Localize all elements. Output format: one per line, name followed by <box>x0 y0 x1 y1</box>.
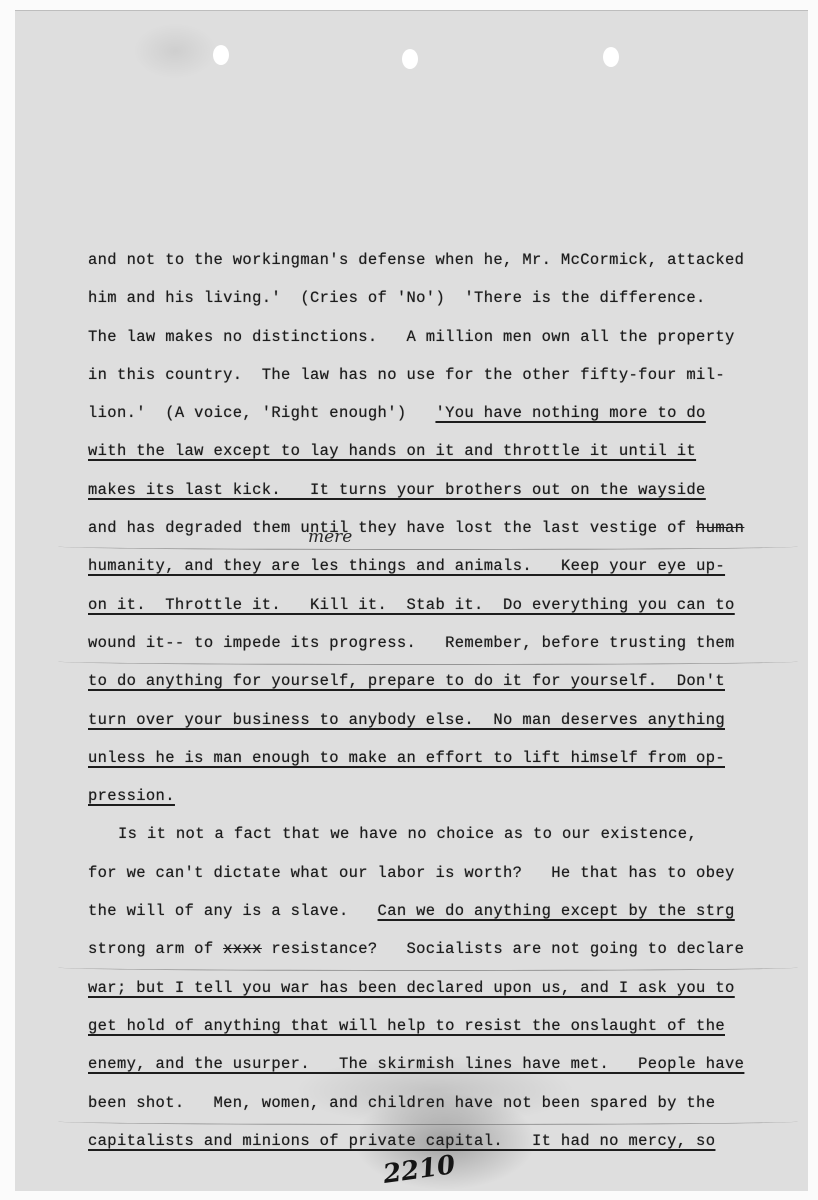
struck-text: human <box>696 519 744 537</box>
underlined-text: unless he is man enough to make an effor… <box>88 749 725 767</box>
underlined-text: capitalists and minions of private capit… <box>88 1132 715 1150</box>
underlined-text: turn over your business to anybody else.… <box>88 711 725 729</box>
text-line: to do anything for yourself, prepare to … <box>88 666 778 704</box>
underlined-text: humanity, and they are <box>88 557 310 575</box>
text-segment: strong arm of <box>88 940 223 958</box>
text-line: wound it-- to impede its progress. Remem… <box>88 628 778 666</box>
text-line: war; but I tell you war has been declare… <box>88 973 778 1011</box>
text-line: been shot. Men, women, and children have… <box>88 1088 778 1126</box>
text-line: get hold of anything that will help to r… <box>88 1011 778 1049</box>
text-line: strong arm of xxxx resistance? Socialist… <box>88 934 778 972</box>
text-segment: and has degraded them until they have lo… <box>88 519 696 537</box>
text-segment: been shot. Men, women, and children have… <box>88 1094 715 1112</box>
underlined-text: to do anything for yourself, prepare to … <box>88 672 725 690</box>
underlined-text: makes its last kick. It turns your broth… <box>88 481 706 499</box>
document-body: and not to the workingman's defense when… <box>88 245 778 1164</box>
underlined-text: with the law except to lay hands on it a… <box>88 442 696 460</box>
text-segment: The law makes no distinctions. A million… <box>88 328 735 346</box>
text-segment: wound it-- to impede its progress. Remem… <box>88 634 735 652</box>
text-line: unless he is man enough to make an effor… <box>88 743 778 781</box>
text-line: the will of any is a slave. Can we do an… <box>88 896 778 934</box>
text-line: with the law except to lay hands on it a… <box>88 436 778 474</box>
text-segment: him and his living.' (Cries of 'No') 'Th… <box>88 289 706 307</box>
struck-text: xxxx <box>223 940 262 958</box>
underlined-text: war; but I tell you war has been declare… <box>88 979 735 997</box>
punch-hole-left <box>213 45 229 65</box>
handwritten-insertion: mere <box>308 527 352 547</box>
text-segment: in this country. The law has no use for … <box>88 366 725 384</box>
underlined-text: enemy, and the usurper. The skirmish lin… <box>88 1055 744 1073</box>
underlined-text: pression. <box>88 787 175 805</box>
struck-text: strg <box>696 902 735 920</box>
text-segment: lion.' (A voice, 'Right enough') <box>88 404 435 422</box>
text-line: and has degraded them until they have lo… <box>88 513 778 551</box>
text-line: him and his living.' (Cries of 'No') 'Th… <box>88 283 778 321</box>
text-segment: Is it not a fact that we have no choice … <box>118 825 697 843</box>
text-segment: the will of any is a slave. <box>88 902 378 920</box>
text-line: for we can't dictate what our labor is w… <box>88 858 778 896</box>
text-line: on it. Throttle it. Kill it. Stab it. Do… <box>88 590 778 628</box>
underlined-text: Can we do anything except by the <box>378 902 697 920</box>
underlined-text: 'You have nothing more to do <box>435 404 705 422</box>
underlined-text: get hold of anything that will help to r… <box>88 1017 725 1035</box>
text-segment: resistance? Socialists are not going to … <box>262 940 745 958</box>
underlined-text: on it. Throttle it. Kill it. Stab it. Do… <box>88 596 735 614</box>
text-line: turn over your business to anybody else.… <box>88 705 778 743</box>
text-line: humanity, and they are les things and an… <box>88 551 778 589</box>
text-segment: and not to the workingman's defense when… <box>88 251 744 269</box>
text-line: pression. <box>88 781 778 819</box>
text-line: enemy, and the usurper. The skirmish lin… <box>88 1049 778 1087</box>
text-line: makes its last kick. It turns your broth… <box>88 475 778 513</box>
text-segment: for we can't dictate what our labor is w… <box>88 864 735 882</box>
text-line: lion.' (A voice, 'Right enough') 'You ha… <box>88 398 778 436</box>
punch-hole-center <box>402 49 418 69</box>
underlined-text: things and animals. Keep your eye up- <box>339 557 725 575</box>
text-line: in this country. The law has no use for … <box>88 360 778 398</box>
text-line: Is it not a fact that we have no choice … <box>88 819 778 857</box>
text-line: and not to the workingman's defense when… <box>88 245 778 283</box>
struck-text: les <box>310 557 339 575</box>
text-line: The law makes no distinctions. A million… <box>88 322 778 360</box>
punch-hole-right <box>603 47 619 67</box>
